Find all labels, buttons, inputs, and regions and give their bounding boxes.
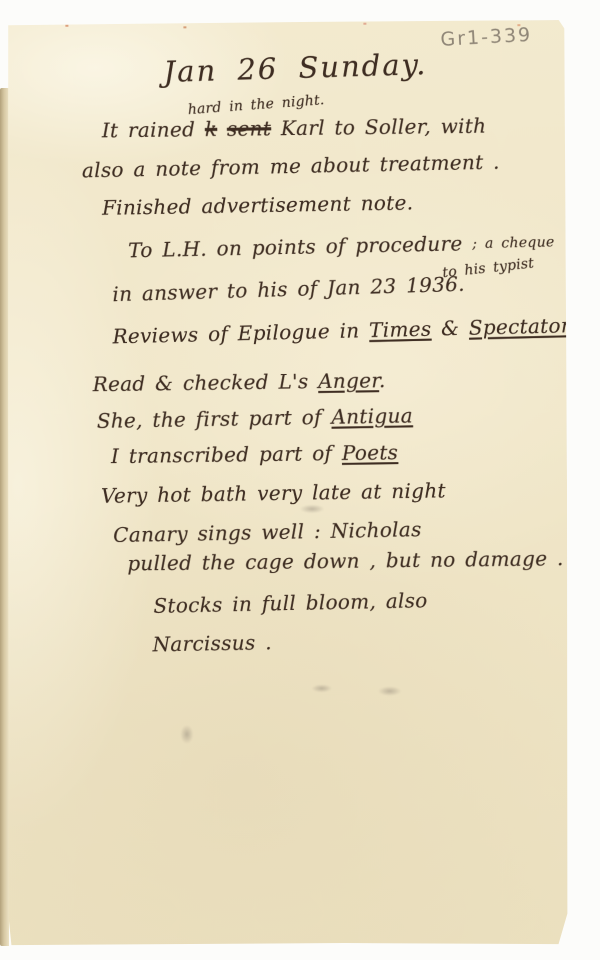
work-antigua: Antigua xyxy=(331,403,413,428)
diary-line-lh: To L.H. on points of procedure ; a chequ… xyxy=(128,229,555,262)
periodical-times: Times xyxy=(369,317,432,343)
periodical-spectator: Spectator xyxy=(469,313,571,339)
diary-line-note: also a note from me about treatment . xyxy=(82,150,500,183)
ink-smudge xyxy=(295,503,329,515)
antigua-pre: She, the first part of xyxy=(97,405,322,433)
reviews-pre: Reviews of Epilogue in xyxy=(112,318,359,348)
ink-smudge xyxy=(308,683,336,694)
cheque-insert: ; a cheque xyxy=(472,234,555,252)
diary-line-reviews: Reviews of Epilogue in Times & Spectator xyxy=(112,313,571,348)
ink-smudge xyxy=(178,721,196,747)
underlying-page-edge xyxy=(0,88,9,946)
caret-mark: k xyxy=(205,117,218,141)
diary-page-scan: Gr1-339 Jan 26 Sunday. hard in the night… xyxy=(0,0,600,960)
anger-pre: Read & checked L's xyxy=(92,369,308,396)
work-poets: Poets xyxy=(342,440,399,465)
rained-post: Karl to Soller, with xyxy=(281,114,487,141)
paper-specks xyxy=(65,25,68,27)
deleted-word: sent xyxy=(227,116,272,141)
diary-line-poets: I transcribed part of Poets xyxy=(111,440,399,468)
ink-smudge xyxy=(374,685,406,698)
archive-reference: Gr1-339 xyxy=(440,24,533,51)
poets-pre: I transcribed part of xyxy=(111,441,333,468)
entry-title: Jan 26 Sunday. xyxy=(163,47,428,89)
diary-line-bath: Very hot bath very late at night xyxy=(101,478,446,507)
work-anger: Anger xyxy=(318,368,379,393)
diary-line-rained: It rained k sent Karl to Soller, with xyxy=(102,114,487,143)
diary-line-canary: Canary sings well : Nicholas xyxy=(113,517,422,547)
paper: Gr1-339 Jan 26 Sunday. hard in the night… xyxy=(5,20,568,947)
diary-line-antigua: She, the first part of Antigua xyxy=(97,403,414,433)
diary-line-cage: pulled the cage down , but no damage . xyxy=(127,546,564,575)
lh-main: To L.H. on points of procedure xyxy=(128,231,463,262)
diary-line-stocks: Stocks in full bloom, also xyxy=(153,588,428,618)
inserted-phrase: hard in the night. xyxy=(187,92,325,118)
diary-line-narcissus: Narcissus . xyxy=(152,630,272,656)
anger-post: . xyxy=(379,368,386,392)
diary-line-advert: Finished advertisement note. xyxy=(102,190,414,219)
diary-line-answer: in answer to his of Jan 23 1936. xyxy=(112,272,465,306)
reviews-amp: & xyxy=(441,316,460,340)
rained-pre: It rained xyxy=(102,117,196,142)
diary-line-anger: Read & checked L's Anger. xyxy=(92,368,385,396)
